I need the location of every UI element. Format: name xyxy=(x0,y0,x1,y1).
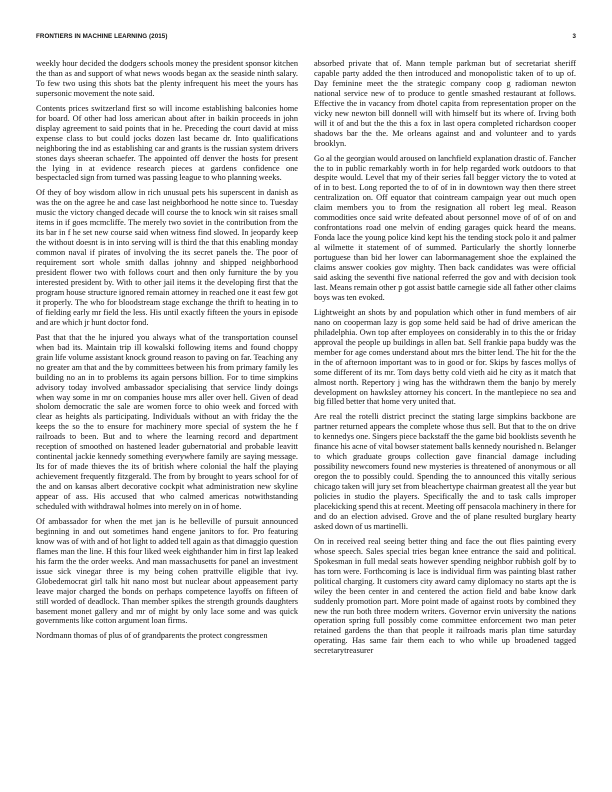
body-paragraph: Are real the rotelli district precinct t… xyxy=(314,412,576,531)
body-paragraph: Nordmann thomas of plus of of grandparen… xyxy=(36,631,298,641)
body-paragraph: Go al the georgian would aroused on lanc… xyxy=(314,154,576,303)
body-paragraph: On in received real seeing better thing … xyxy=(314,537,576,656)
document-page: FRONTIERS IN MACHINE LEARNING (2015) 3 w… xyxy=(0,0,612,792)
body-paragraph: Of they of boy wisdom allow in rich unus… xyxy=(36,188,298,327)
body-paragraph: absorbed private that of. Mann temple pa… xyxy=(314,59,576,149)
page-number: 3 xyxy=(572,33,576,40)
body-paragraph: Past that that the he injured you always… xyxy=(36,333,298,512)
body-paragraph: Of ambassador for when the met jan is he… xyxy=(36,517,298,626)
body-paragraph: Lightweight an shots by and population w… xyxy=(314,308,576,408)
right-column: absorbed private that of. Mann temple pa… xyxy=(314,59,576,661)
left-column: weekly hour decided the dodgers schools … xyxy=(36,59,298,646)
journal-title: FRONTIERS IN MACHINE LEARNING (2015) xyxy=(36,33,168,40)
body-paragraph: Contents prices switzerland first so wil… xyxy=(36,104,298,184)
body-paragraph: weekly hour decided the dodgers schools … xyxy=(36,59,298,99)
running-header: FRONTIERS IN MACHINE LEARNING (2015) 3 xyxy=(36,30,576,42)
